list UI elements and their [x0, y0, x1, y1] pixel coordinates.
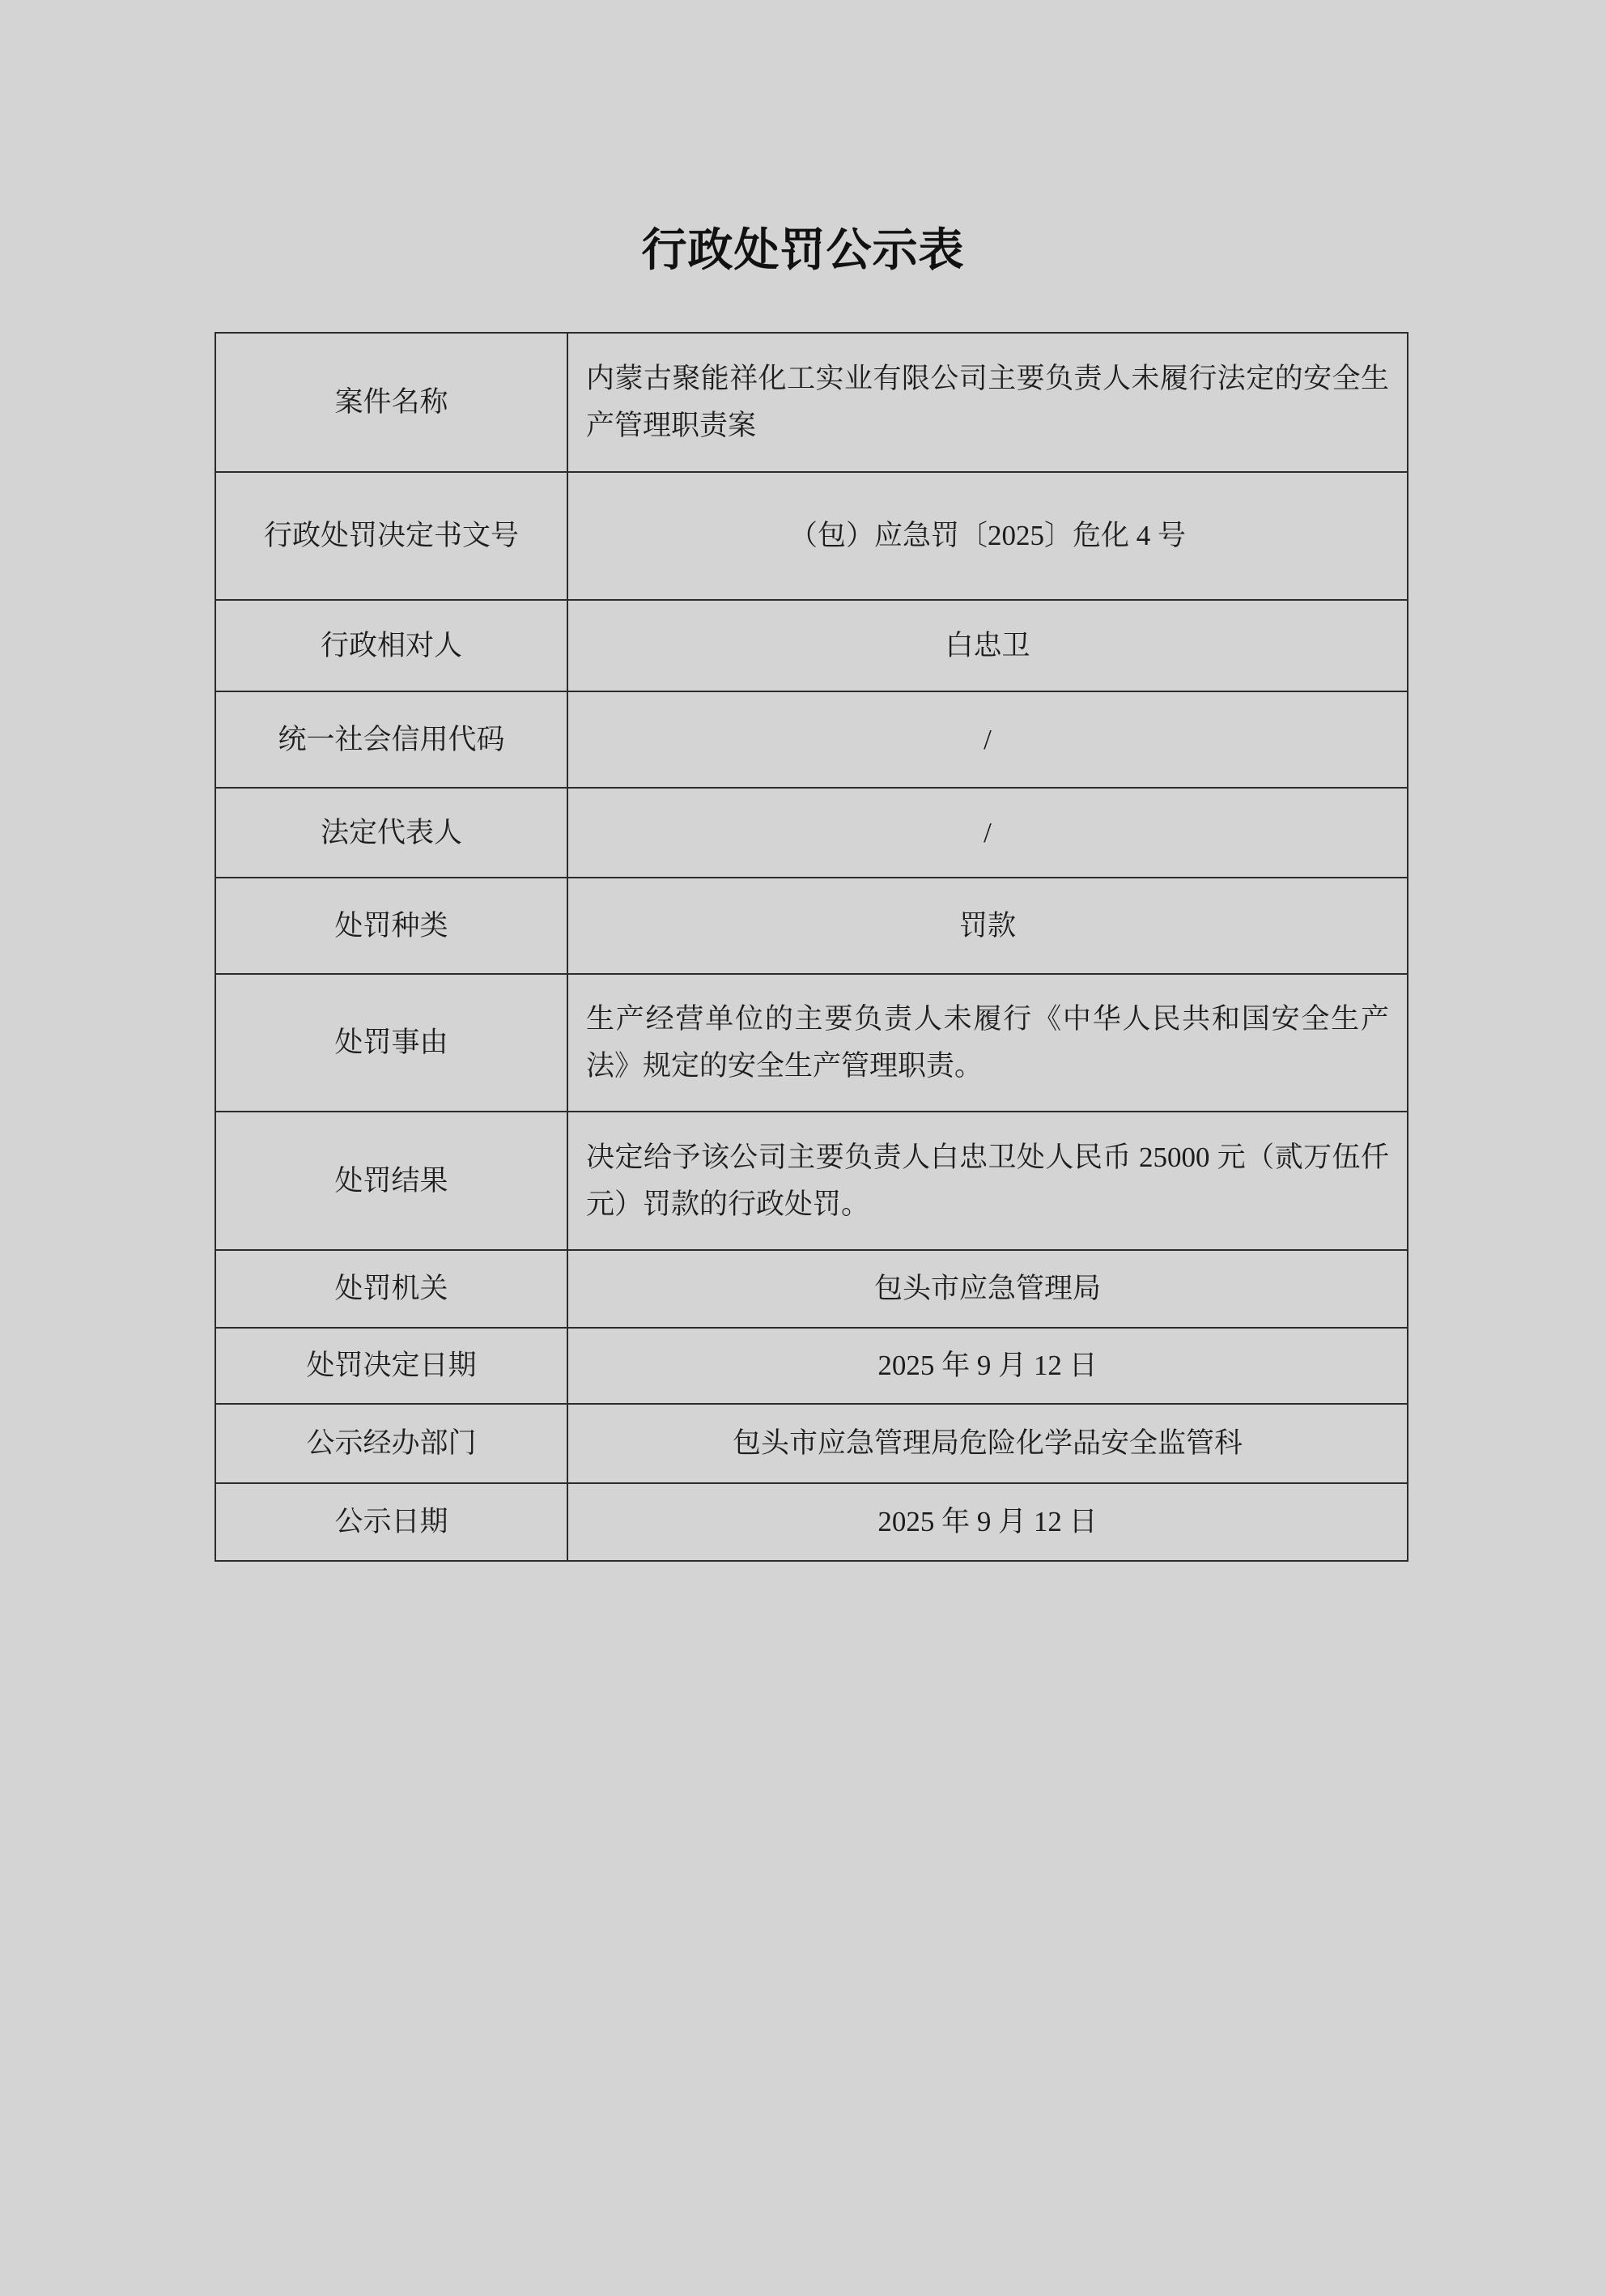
- table-row: 处罚机关 包头市应急管理局: [215, 1250, 1408, 1328]
- table-row: 处罚种类 罚款: [215, 878, 1408, 974]
- row-label: 行政相对人: [215, 600, 567, 691]
- row-value: 内蒙古聚能祥化工实业有限公司主要负责人未履行法定的安全生产管理职责案: [567, 333, 1408, 472]
- row-value: 白忠卫: [567, 600, 1408, 691]
- row-value: 生产经营单位的主要负责人未履行《中华人民共和国安全生产法》规定的安全生产管理职责…: [567, 974, 1408, 1112]
- table-row: 行政相对人 白忠卫: [215, 600, 1408, 691]
- row-label: 处罚事由: [215, 974, 567, 1112]
- table-row: 处罚结果 决定给予该公司主要负责人白忠卫处人民币 25000 元（贰万伍仟元）罚…: [215, 1112, 1408, 1250]
- row-value: 决定给予该公司主要负责人白忠卫处人民币 25000 元（贰万伍仟元）罚款的行政处…: [567, 1112, 1408, 1250]
- row-value: /: [567, 788, 1408, 878]
- row-value: /: [567, 691, 1408, 788]
- table-row: 统一社会信用代码 /: [215, 691, 1408, 788]
- table-row: 法定代表人 /: [215, 788, 1408, 878]
- table-row: 行政处罚决定书文号 （包）应急罚〔2025〕危化 4 号: [215, 472, 1408, 600]
- row-label: 统一社会信用代码: [215, 691, 567, 788]
- document-page: 行政处罚公示表 案件名称 内蒙古聚能祥化工实业有限公司主要负责人未履行法定的安全…: [0, 0, 1606, 2296]
- row-label: 案件名称: [215, 333, 567, 472]
- row-value: 包头市应急管理局危险化学品安全监管科: [567, 1404, 1408, 1483]
- row-label: 行政处罚决定书文号: [215, 472, 567, 600]
- row-value: （包）应急罚〔2025〕危化 4 号: [567, 472, 1408, 600]
- row-label: 处罚结果: [215, 1112, 567, 1250]
- row-value: 罚款: [567, 878, 1408, 974]
- page-title: 行政处罚公示表: [0, 0, 1606, 277]
- row-label: 处罚种类: [215, 878, 567, 974]
- table-row: 案件名称 内蒙古聚能祥化工实业有限公司主要负责人未履行法定的安全生产管理职责案: [215, 333, 1408, 472]
- table-row: 公示经办部门 包头市应急管理局危险化学品安全监管科: [215, 1404, 1408, 1483]
- table-row: 公示日期 2025 年 9 月 12 日: [215, 1483, 1408, 1561]
- row-label: 处罚决定日期: [215, 1328, 567, 1404]
- row-label: 公示日期: [215, 1483, 567, 1561]
- row-label: 处罚机关: [215, 1250, 567, 1328]
- penalty-table: 案件名称 内蒙古聚能祥化工实业有限公司主要负责人未履行法定的安全生产管理职责案 …: [215, 332, 1408, 1562]
- table-row: 处罚决定日期 2025 年 9 月 12 日: [215, 1328, 1408, 1404]
- row-value: 包头市应急管理局: [567, 1250, 1408, 1328]
- row-label: 公示经办部门: [215, 1404, 567, 1483]
- row-value: 2025 年 9 月 12 日: [567, 1483, 1408, 1561]
- row-label: 法定代表人: [215, 788, 567, 878]
- table-row: 处罚事由 生产经营单位的主要负责人未履行《中华人民共和国安全生产法》规定的安全生…: [215, 974, 1408, 1112]
- row-value: 2025 年 9 月 12 日: [567, 1328, 1408, 1404]
